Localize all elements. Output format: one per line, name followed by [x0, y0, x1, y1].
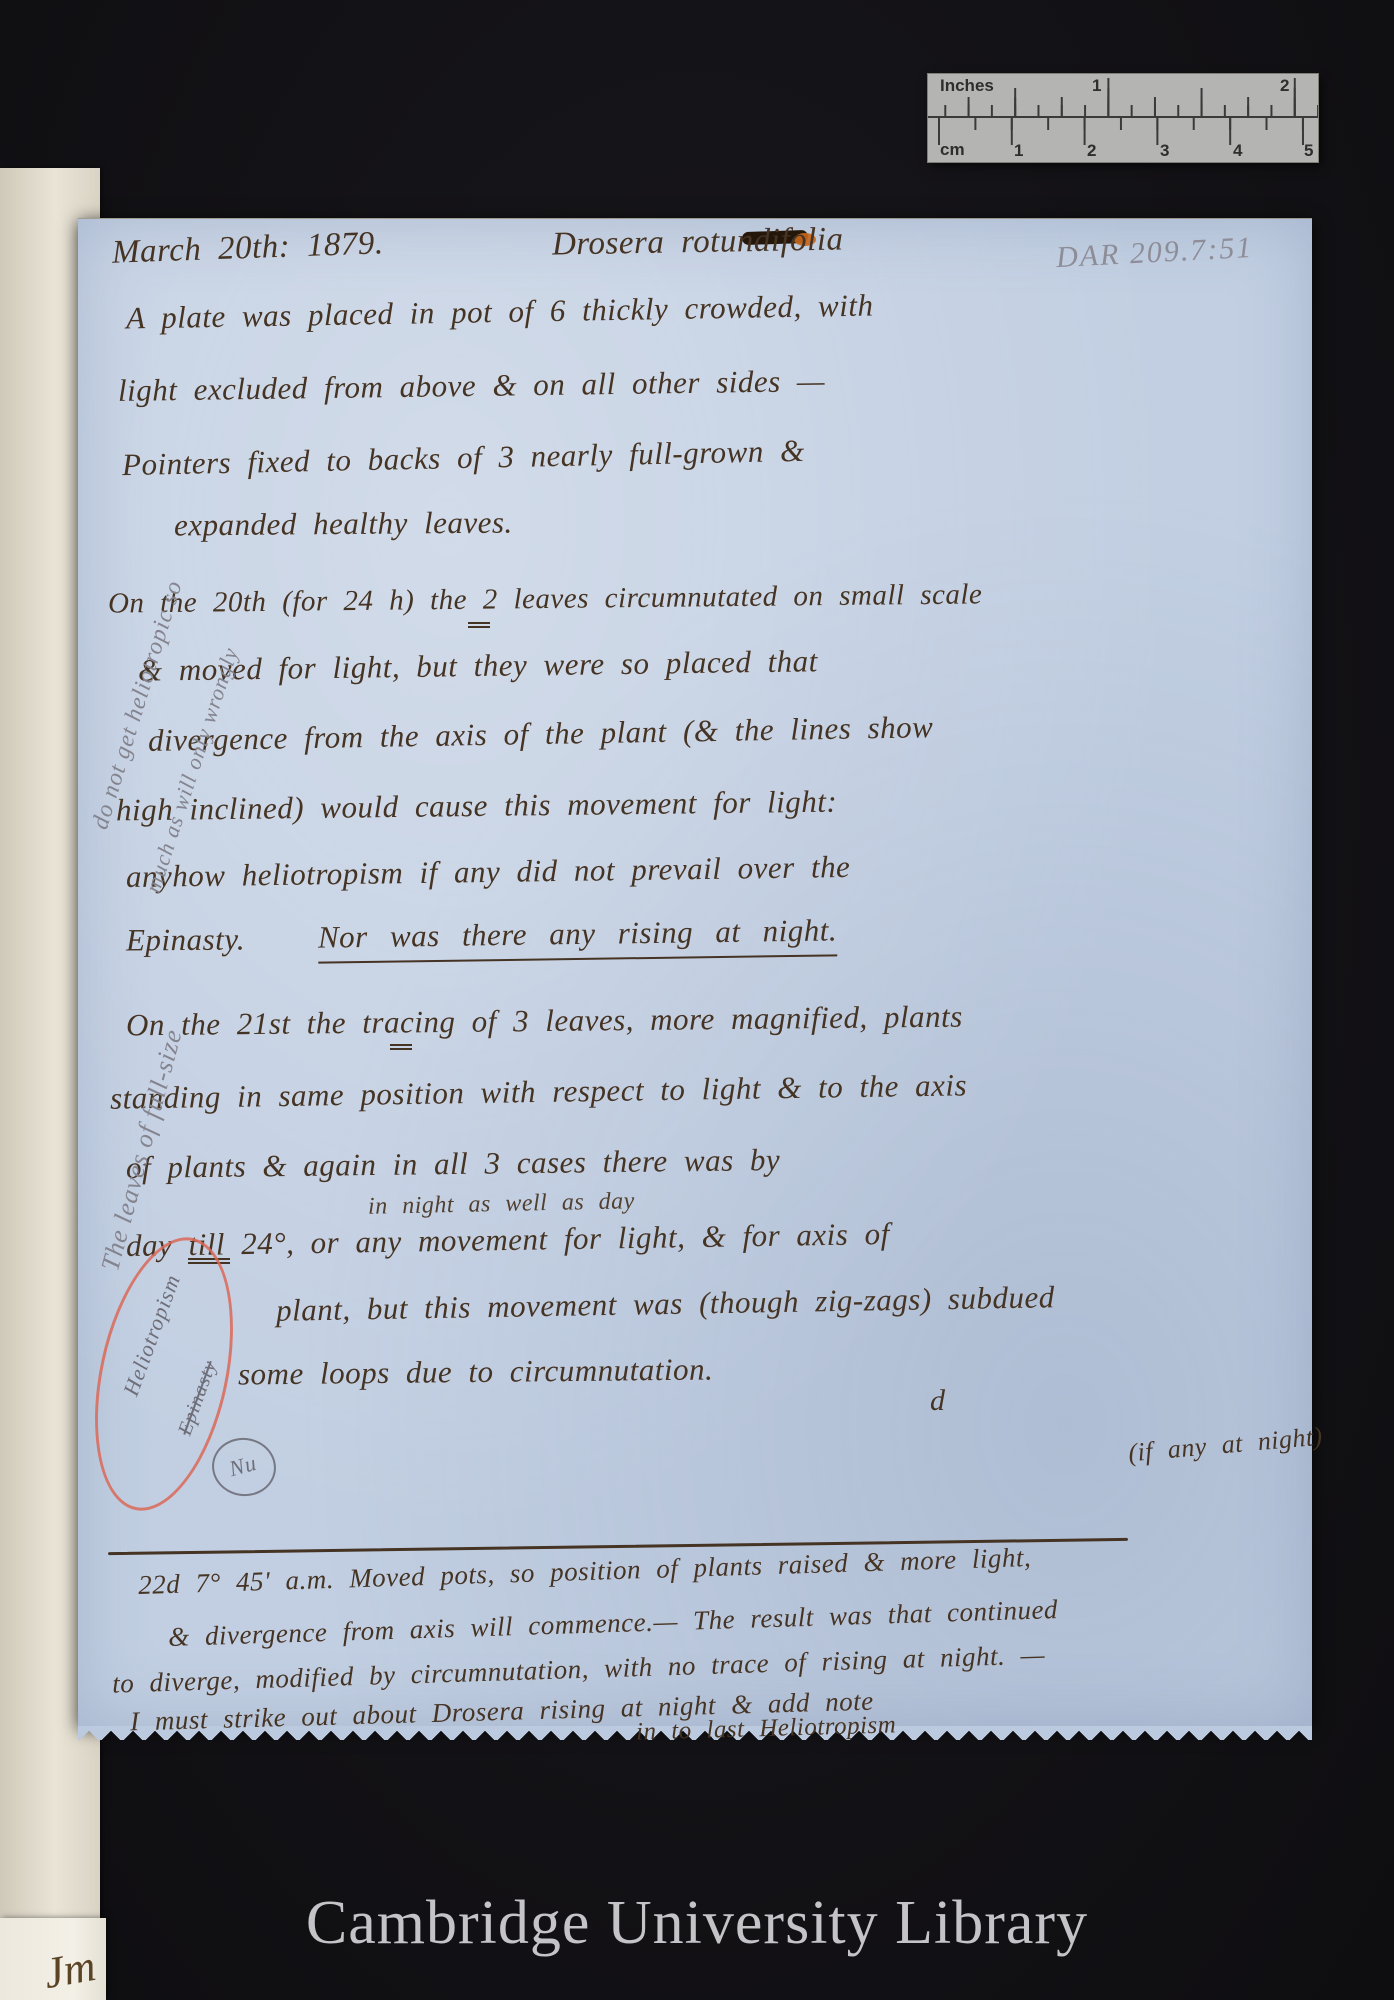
emphasis-underline	[390, 1044, 412, 1046]
manuscript-line: some loops due to circumnutation.	[238, 1354, 714, 1390]
ruler-cm-number: 3	[1160, 141, 1169, 161]
manuscript-line: of plants & again in all 3 cases there w…	[126, 1144, 781, 1183]
ruler: Inches 1 2 cm 1 2 3 4 5	[928, 74, 1318, 162]
ruler-inch-number: 1	[1092, 76, 1101, 96]
manuscript-line: Epinasty.	[126, 923, 245, 955]
ruler-cm-label: cm	[940, 140, 965, 160]
corner-page-fragment: Jm	[0, 1918, 106, 2000]
manuscript-line-underlined: Nor was there any rising at night.	[318, 914, 838, 963]
ruler-inches-label: Inches	[940, 76, 994, 96]
ruler-inch-number: 2	[1280, 76, 1289, 96]
ruler-cm-number: 1	[1014, 141, 1023, 161]
ruler-cm-number: 5	[1304, 141, 1313, 161]
emphasis-underline	[468, 622, 490, 624]
manuscript-interline: in night as well as day	[368, 1189, 635, 1219]
title-heading: Drosera rotundifolia	[552, 223, 844, 261]
manuscript-line: high inclined) would cause this movement…	[116, 786, 838, 826]
library-watermark: Cambridge University Library	[306, 1888, 1088, 1959]
ruler-ticks	[928, 118, 1318, 145]
ruler-cm-number: 4	[1233, 141, 1242, 161]
manuscript-line: On the 21st the tracing of 3 leaves, mor…	[126, 1001, 963, 1041]
photo-background: Jm DAR 209.7:51 March 20th: 1879. Droser…	[0, 0, 1394, 2000]
corner-fragment-writing: Jm	[40, 1940, 99, 1999]
ruler-cm-number: 2	[1087, 141, 1096, 161]
manuscript-line: expanded healthy leaves.	[174, 507, 513, 541]
ruler-cm-row: cm 1 2 3 4 5	[928, 118, 1318, 162]
manuscript-stray-mark: d	[930, 1386, 946, 1416]
ruler-inches-row: Inches 1 2	[928, 74, 1318, 118]
